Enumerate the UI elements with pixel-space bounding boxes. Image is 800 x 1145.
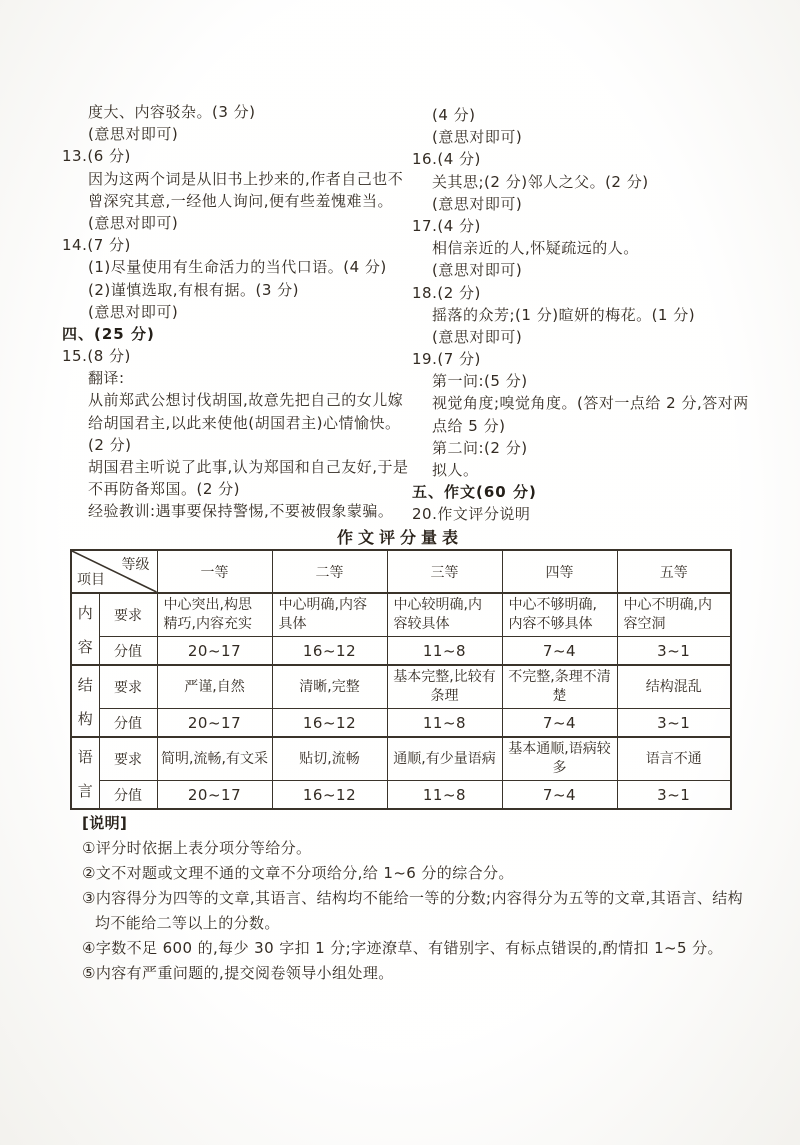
answer-line: 度大、内容驳杂。(3 分) <box>62 101 407 123</box>
note-item-5: ⑤内容有严重问题的,提交阅卷领导小组处理。 <box>82 961 750 986</box>
requirement-cell: 不完整,条理不清楚 <box>502 665 617 709</box>
answer-line: (意思对即可) <box>62 301 407 323</box>
answers-left-column: 度大、内容驳杂。(3 分) (意思对即可) 13.(6 分) 因为这两个词是从旧… <box>62 101 407 523</box>
score-cell: 3~1 <box>617 637 731 665</box>
answer-line: 第二问:(2 分) <box>412 437 752 459</box>
requirement-cell: 通顺,有少量语病 <box>387 737 502 781</box>
requirement-cell: 中心不明确,内容空洞 <box>617 593 731 637</box>
scanned-answer-sheet: 度大、内容驳杂。(3 分) (意思对即可) 13.(6 分) 因为这两个词是从旧… <box>0 0 800 1145</box>
notes-section: [说明] ①评分时依据上表分项分等给分。 ②文不对题或文理不通的文章不分项给分,… <box>82 811 750 986</box>
structure-score-row: 分值 20~17 16~12 11~8 7~4 3~1 <box>71 709 731 737</box>
answer-line-q17: 17.(4 分) <box>412 215 752 237</box>
answer-line: 视觉角度;嗅觉角度。(答对一点给 2 分,答对两 <box>412 392 752 414</box>
answer-line: 不再防备郑国。(2 分) <box>62 478 407 500</box>
row-label-score: 分值 <box>99 781 157 809</box>
answer-line: (意思对即可) <box>62 212 407 234</box>
grade-header-1: 一等 <box>157 550 272 593</box>
answers-right-column: (4 分) (意思对即可) 16.(4 分) 关其思;(2 分)邻人之父。(2 … <box>412 104 752 526</box>
answer-line: 关其思;(2 分)邻人之父。(2 分) <box>412 171 752 193</box>
answer-line: (2)谨慎选取,有根有据。(3 分) <box>62 279 407 301</box>
requirement-cell: 中心明确,内容具体 <box>272 593 387 637</box>
table-corner-cell: 等级 项目 <box>71 550 157 593</box>
score-cell: 16~12 <box>272 637 387 665</box>
answer-line: 第一问:(5 分) <box>412 370 752 392</box>
answer-line: 摇落的众芳;(1 分)暄妍的梅花。(1 分) <box>412 304 752 326</box>
answer-line-q19: 19.(7 分) <box>412 348 752 370</box>
notes-header: [说明] <box>82 811 750 836</box>
essay-scoring-table: 等级 项目 一等 二等 三等 四等 五等 内 容 要求 中心突出,构思精巧,内容… <box>70 549 732 810</box>
answer-line: (意思对即可) <box>412 193 752 215</box>
score-cell: 20~17 <box>157 637 272 665</box>
answer-line: (意思对即可) <box>62 123 407 145</box>
answer-line: (意思对即可) <box>412 326 752 348</box>
answer-line: 从前郑武公想讨伐胡国,故意先把自己的女儿嫁 <box>62 389 407 411</box>
category-char: 容 <box>78 636 93 657</box>
row-label-requirement: 要求 <box>99 665 157 709</box>
score-cell: 11~8 <box>387 637 502 665</box>
score-cell: 16~12 <box>272 781 387 809</box>
answer-line-q14: 14.(7 分) <box>62 234 407 256</box>
grade-header-3: 三等 <box>387 550 502 593</box>
category-structure: 结 构 <box>71 665 99 737</box>
corner-project-label: 项目 <box>77 569 105 589</box>
content-requirement-row: 内 容 要求 中心突出,构思精巧,内容充实 中心明确,内容具体 中心较明确,内容… <box>71 593 731 637</box>
category-char: 言 <box>78 780 93 801</box>
score-cell: 16~12 <box>272 709 387 737</box>
structure-requirement-row: 结 构 要求 严谨,自然 清晰,完整 基本完整,比较有条理 不完整,条理不清楚 … <box>71 665 731 709</box>
answer-line: 曾深究其意,一经他人询问,便有些羞愧难当。 <box>62 190 407 212</box>
score-cell: 20~17 <box>157 781 272 809</box>
note-item-4: ④字数不足 600 的,每少 30 字扣 1 分;字迹潦草、有错别字、有标点错误… <box>82 936 750 961</box>
category-char: 语 <box>78 746 93 767</box>
requirement-cell: 中心突出,构思精巧,内容充实 <box>157 593 272 637</box>
category-char: 构 <box>78 708 93 729</box>
answer-line: (2 分) <box>62 434 407 456</box>
requirement-cell: 基本通顺,语病较多 <box>502 737 617 781</box>
answer-line-q20: 20.作文评分说明 <box>412 503 752 525</box>
section-4-heading: 四、(25 分) <box>62 323 407 345</box>
category-language: 语 言 <box>71 737 99 809</box>
answer-line: 翻译: <box>62 367 407 389</box>
table-header-row: 等级 项目 一等 二等 三等 四等 五等 <box>71 550 731 593</box>
row-label-score: 分值 <box>99 637 157 665</box>
grade-header-2: 二等 <box>272 550 387 593</box>
requirement-cell: 基本完整,比较有条理 <box>387 665 502 709</box>
answer-line: 点给 5 分) <box>412 415 752 437</box>
requirement-cell: 清晰,完整 <box>272 665 387 709</box>
category-char: 结 <box>78 674 93 695</box>
answer-line: 胡国君主听说了此事,认为郑国和自己友好,于是 <box>62 456 407 478</box>
section-5-essay-heading: 五、作文(60 分) <box>412 481 752 503</box>
requirement-cell: 贴切,流畅 <box>272 737 387 781</box>
score-cell: 3~1 <box>617 709 731 737</box>
requirement-cell: 简明,流畅,有文采 <box>157 737 272 781</box>
score-cell: 11~8 <box>387 781 502 809</box>
answer-line-q18: 18.(2 分) <box>412 282 752 304</box>
answer-line: (4 分) <box>412 104 752 126</box>
row-label-requirement: 要求 <box>99 737 157 781</box>
category-content: 内 容 <box>71 593 99 665</box>
score-cell: 3~1 <box>617 781 731 809</box>
answer-line: 相信亲近的人,怀疑疏远的人。 <box>412 237 752 259</box>
row-label-score: 分值 <box>99 709 157 737</box>
corner-grade-label: 等级 <box>122 554 150 574</box>
requirement-cell: 中心较明确,内容较具体 <box>387 593 502 637</box>
grade-header-4: 四等 <box>502 550 617 593</box>
score-cell: 7~4 <box>502 781 617 809</box>
requirement-cell: 语言不通 <box>617 737 731 781</box>
content-score-row: 分值 20~17 16~12 11~8 7~4 3~1 <box>71 637 731 665</box>
row-label-requirement: 要求 <box>99 593 157 637</box>
requirement-cell: 严谨,自然 <box>157 665 272 709</box>
note-item-2: ②文不对题或文理不通的文章不分项给分,给 1~6 分的综合分。 <box>82 861 750 886</box>
category-char: 内 <box>78 602 93 623</box>
answer-line: (1)尽量使用有生命活力的当代口语。(4 分) <box>62 256 407 278</box>
language-score-row: 分值 20~17 16~12 11~8 7~4 3~1 <box>71 781 731 809</box>
answer-line: 拟人。 <box>412 459 752 481</box>
answer-line: 因为这两个词是从旧书上抄来的,作者自己也不 <box>62 168 407 190</box>
answer-line-q16: 16.(4 分) <box>412 148 752 170</box>
note-item-3: ③内容得分为四等的文章,其语言、结构均不能给一等的分数;内容得分为五等的文章,其… <box>82 886 750 936</box>
scoring-table-title: 作文评分量表 <box>70 525 730 548</box>
requirement-cell: 中心不够明确,内容不够具体 <box>502 593 617 637</box>
score-cell: 11~8 <box>387 709 502 737</box>
score-cell: 20~17 <box>157 709 272 737</box>
language-requirement-row: 语 言 要求 简明,流畅,有文采 贴切,流畅 通顺,有少量语病 基本通顺,语病较… <box>71 737 731 781</box>
note-item-1: ①评分时依据上表分项分等给分。 <box>82 836 750 861</box>
score-cell: 7~4 <box>502 637 617 665</box>
answer-line: 给胡国君主,以此来使他(胡国君主)心情愉快。 <box>62 412 407 434</box>
answer-line: 经验教训:遇事要保持警惕,不要被假象蒙骗。 <box>62 500 407 522</box>
answer-line-q15: 15.(8 分) <box>62 345 407 367</box>
requirement-cell: 结构混乱 <box>617 665 731 709</box>
answer-line: (意思对即可) <box>412 259 752 281</box>
answer-line-q13: 13.(6 分) <box>62 145 407 167</box>
grade-header-5: 五等 <box>617 550 731 593</box>
score-cell: 7~4 <box>502 709 617 737</box>
answer-line: (意思对即可) <box>412 126 752 148</box>
